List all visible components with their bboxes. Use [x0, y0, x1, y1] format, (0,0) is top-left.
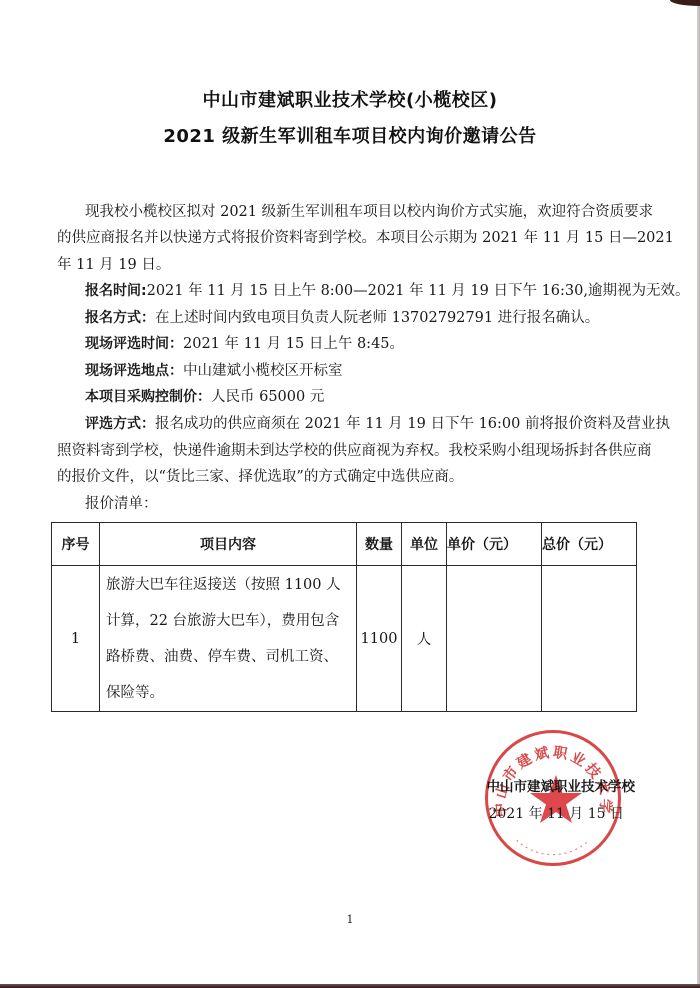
evaluation-place-value: 中山建斌小榄校区开标室 — [183, 363, 343, 379]
header-no: 序号 — [52, 523, 100, 566]
evaluation-method-line-2: 照资料寄到学校，快递件逾期未到达学校的供应商视为弃权。我校采购小组现场拆封各供应… — [57, 441, 647, 461]
evaluation-method-line-1: 评选方式：报名成功的供应商须在 2021 年 11 月 19 日下午 16:00… — [85, 414, 645, 434]
document-subtitle: 2021 级新生军训租车项目校内询价邀请公告 — [0, 122, 700, 148]
cell-content: 旅游大巴车往返接送（按照 1100 人计算，22 台旅游大巴车），费用包含路桥费… — [100, 566, 357, 712]
page-bottom-edge — [0, 984, 700, 988]
cell-total-price — [542, 566, 637, 712]
control-price-label: 本项目采购控制价： — [85, 389, 211, 405]
registration-method: 报名方式：在上述时间内致电项目负责人阮老师 13702792791 进行报名确认… — [85, 308, 645, 328]
evaluation-time: 现场评选时间：2021 年 11 月 15 日上午 8:45。 — [85, 334, 645, 354]
evaluation-place-label: 现场评选地点： — [85, 363, 183, 379]
quote-list-label: 报价清单： — [85, 494, 645, 514]
header-total-price: 总价（元） — [542, 523, 637, 566]
registration-method-value: 在上述时间内致电项目负责人阮老师 13702792791 进行报名确认。 — [155, 310, 599, 326]
intro-paragraph-line-3: 年 11 月 19 日。 — [57, 255, 647, 275]
registration-time-label: 报名时间: — [85, 283, 147, 299]
signature-date: 2021 年 11 月 15 日 — [488, 803, 624, 823]
intro-paragraph-line-2: 的供应商报名并以快递方式将报价资料寄到学校。本项目公示期为 2021 年 11 … — [57, 228, 647, 248]
evaluation-time-label: 现场评选时间： — [85, 336, 183, 352]
table-header-row: 序号 项目内容 数量 单位 单价（元） 总价（元） — [52, 523, 637, 566]
page-number: 1 — [0, 913, 700, 926]
header-content: 项目内容 — [100, 523, 357, 566]
control-price: 本项目采购控制价：人民币 65000 元 — [85, 387, 645, 407]
table-row: 1 旅游大巴车往返接送（按照 1100 人计算，22 台旅游大巴车），费用包含路… — [52, 566, 637, 712]
cell-quantity: 1100 — [357, 566, 402, 712]
document-title: 中山市建斌职业技术学校(小榄校区) — [0, 86, 700, 112]
evaluation-place: 现场评选地点：中山建斌小榄校区开标室 — [85, 361, 645, 381]
evaluation-method-label: 评选方式： — [85, 416, 155, 432]
header-unit-price: 单价（元） — [447, 523, 542, 566]
cell-no: 1 — [52, 566, 100, 712]
control-price-value: 人民币 65000 元 — [211, 389, 324, 405]
registration-time-value: 2021 年 11 月 15 日上午 8:00—2021 年 11 月 19 日… — [147, 283, 690, 299]
cell-content-text: 旅游大巴车往返接送（按照 1100 人计算，22 台旅游大巴车），费用包含路桥费… — [100, 567, 356, 711]
evaluation-method-line-3: 的报价文件，以“货比三家、择优选取”的方式确定中选供应商。 — [57, 467, 647, 487]
page-corner-shadow — [670, 0, 700, 6]
evaluation-method-value: 报名成功的供应商须在 2021 年 11 月 19 日下午 16:00 前将报价… — [155, 416, 670, 432]
signature-organization: 中山市建斌职业技术学校 — [487, 775, 636, 795]
evaluation-time-value: 2021 年 11 月 15 日上午 8:45。 — [183, 336, 404, 352]
header-quantity: 数量 — [357, 523, 402, 566]
cell-unit-price — [447, 566, 542, 712]
cell-unit: 人 — [402, 566, 447, 712]
official-seal-stamp: 中山市建斌职业技术学校 — [485, 730, 621, 866]
intro-paragraph-line-1: 现我校小榄校区拟对 2021 级新生军训租车项目以校内询价方式实施，欢迎符合资质… — [85, 202, 645, 222]
quote-table: 序号 项目内容 数量 单位 单价（元） 总价（元） 1 旅游大巴车往返接送（按照… — [51, 522, 637, 712]
registration-time: 报名时间:2021 年 11 月 15 日上午 8:00—2021 年 11 月… — [85, 281, 645, 301]
header-unit: 单位 — [402, 523, 447, 566]
registration-method-label: 报名方式： — [85, 310, 155, 326]
